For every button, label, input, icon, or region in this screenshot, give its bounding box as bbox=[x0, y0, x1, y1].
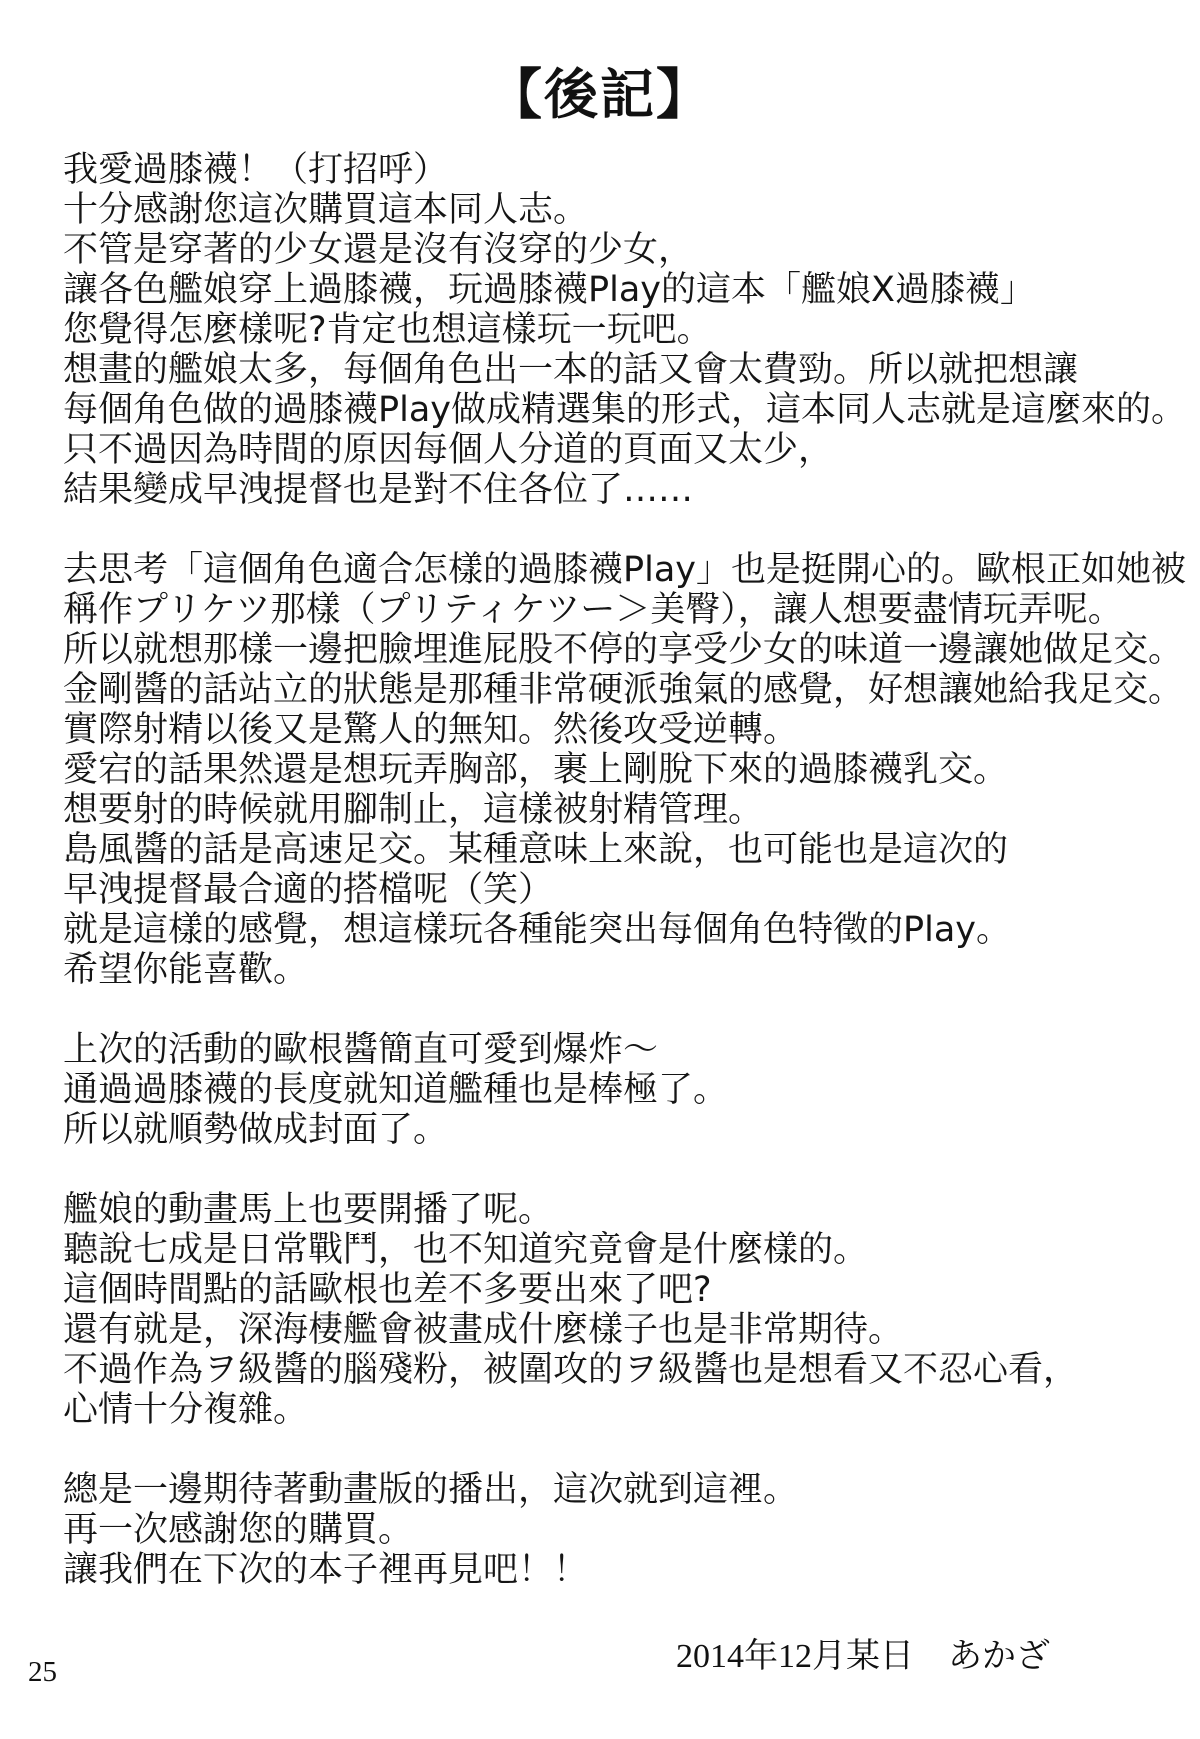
text-line: 希望你能喜歡。 bbox=[63, 950, 1193, 990]
paragraph: 總是一邊期待著動畫版的播出，這次就到這裡。再一次感謝您的購買。讓我們在下次的本子… bbox=[63, 1470, 1193, 1590]
text-line: 您覺得怎麼樣呢?肯定也想這樣玩一玩吧。 bbox=[63, 310, 1193, 350]
text-line: 我愛過膝襪！（打招呼） bbox=[63, 150, 1193, 190]
text-line: 還有就是，深海棲艦會被畫成什麼樣子也是非常期待。 bbox=[63, 1310, 1193, 1350]
text-line: 通過過膝襪的長度就知道艦種也是棒極了。 bbox=[63, 1070, 1193, 1110]
paragraph: 去思考「這個角色適合怎樣的過膝襪Play」也是挺開心的。歐根正如她被稱作プリケツ… bbox=[63, 550, 1193, 990]
text-line: 不過作為ヲ級醬的腦殘粉，被圍攻的ヲ級醬也是想看又不忍心看， bbox=[63, 1350, 1193, 1390]
text-line: 想要射的時候就用腳制止，這樣被射精管理。 bbox=[63, 790, 1193, 830]
text-line: 島風醬的話是高速足交。某種意味上來說，也可能也是這次的 bbox=[63, 830, 1193, 870]
signature-date-author: 2014年12月某日 あかざ bbox=[676, 1628, 1050, 1677]
text-line: 每個角色做的過膝襪Play做成精選集的形式，這本同人志就是這麼來的。 bbox=[63, 390, 1193, 430]
paragraph: 上次的活動的歐根醬簡直可愛到爆炸～通過過膝襪的長度就知道艦種也是棒極了。所以就順… bbox=[63, 1030, 1193, 1150]
text-line: 十分感謝您這次購買這本同人志。 bbox=[63, 190, 1193, 230]
paragraph: 我愛過膝襪！（打招呼）十分感謝您這次購買這本同人志。不管是穿著的少女還是沒有沒穿… bbox=[63, 150, 1193, 510]
page-number: 25 bbox=[28, 1656, 57, 1689]
text-line: 聽說七成是日常戰鬥，也不知道究竟會是什麼樣的。 bbox=[63, 1230, 1193, 1270]
text-line: 所以就想那樣一邊把臉埋進屁股不停的享受少女的味道一邊讓她做足交。 bbox=[63, 630, 1193, 670]
text-line: 艦娘的動畫馬上也要開播了呢。 bbox=[63, 1190, 1193, 1230]
text-line: 就是這樣的感覺，想這樣玩各種能突出每個角色特徵的Play。 bbox=[63, 910, 1193, 950]
text-line: 去思考「這個角色適合怎樣的過膝襪Play」也是挺開心的。歐根正如她被 bbox=[63, 550, 1193, 590]
text-line: 實際射精以後又是驚人的無知。然後攻受逆轉。 bbox=[63, 710, 1193, 750]
afterword-body: 我愛過膝襪！（打招呼）十分感謝您這次購買這本同人志。不管是穿著的少女還是沒有沒穿… bbox=[63, 150, 1193, 1630]
paragraph: 艦娘的動畫馬上也要開播了呢。聽說七成是日常戰鬥，也不知道究竟會是什麼樣的。這個時… bbox=[63, 1190, 1193, 1430]
page-title: 【後記】 bbox=[0, 52, 1200, 129]
text-line: 想畫的艦娘太多，每個角色出一本的話又會太費勁。所以就把想讓 bbox=[63, 350, 1193, 390]
text-line: 結果變成早洩提督也是對不住各位了…… bbox=[63, 470, 1193, 510]
afterword-page: 【後記】 我愛過膝襪！（打招呼）十分感謝您這次購買這本同人志。不管是穿著的少女還… bbox=[0, 0, 1200, 1739]
text-line: 心情十分複雜。 bbox=[63, 1390, 1193, 1430]
text-line: 早洩提督最合適的搭檔呢（笑） bbox=[63, 870, 1193, 910]
text-line: 這個時間點的話歐根也差不多要出來了吧? bbox=[63, 1270, 1193, 1310]
text-line: 所以就順勢做成封面了。 bbox=[63, 1110, 1193, 1150]
text-line: 再一次感謝您的購買。 bbox=[63, 1510, 1193, 1550]
text-line: 稱作プリケツ那樣（プリティケツー＞美臀），讓人想要盡情玩弄呢。 bbox=[63, 590, 1193, 630]
text-line: 只不過因為時間的原因每個人分道的頁面又太少， bbox=[63, 430, 1193, 470]
text-line: 上次的活動的歐根醬簡直可愛到爆炸～ bbox=[63, 1030, 1193, 1070]
text-line: 總是一邊期待著動畫版的播出，這次就到這裡。 bbox=[63, 1470, 1193, 1510]
text-line: 讓我們在下次的本子裡再見吧！！ bbox=[63, 1550, 1193, 1590]
text-line: 讓各色艦娘穿上過膝襪，玩過膝襪Play的這本「艦娘X過膝襪」 bbox=[63, 270, 1193, 310]
text-line: 不管是穿著的少女還是沒有沒穿的少女， bbox=[63, 230, 1193, 270]
text-line: 金剛醬的話站立的狀態是那種非常硬派強氣的感覺，好想讓她給我足交。 bbox=[63, 670, 1193, 710]
text-line: 愛宕的話果然還是想玩弄胸部，裹上剛脫下來的過膝襪乳交。 bbox=[63, 750, 1193, 790]
